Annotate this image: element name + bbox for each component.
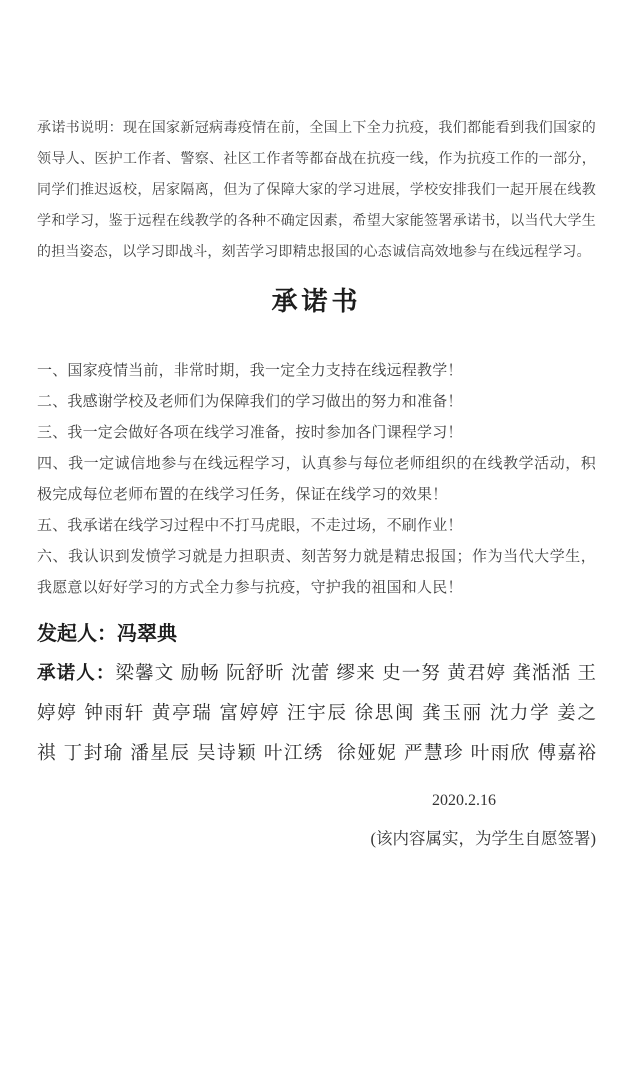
initiator-name: 冯翠典 [117, 623, 177, 645]
promisers-line-2: 婷婷 钟雨轩 黄亭瑞 富婷婷 汪宇辰 徐思闽 龚玉丽 沈力学 姜之 [37, 693, 596, 733]
promisers-line-1: 承诺人：梁馨文 励畅 阮舒昕 沈蕾 缪来 史一努 黄君婷 龚湉湉 王 [37, 653, 596, 693]
promisers-label: 承诺人： [37, 662, 115, 683]
signature-note: (该内容属实，为学生自愿签署) [37, 821, 596, 857]
signature-date: 2020.2.16 [37, 783, 596, 819]
commitment-item-1: 一、国家疫情当前，非常时期，我一定全力支持在线远程教学！ [37, 355, 596, 386]
commitment-item-2: 二、我感谢学校及老师们为保障我们的学习做出的努力和准备！ [37, 386, 596, 417]
promisers-block: 承诺人：梁馨文 励畅 阮舒昕 沈蕾 缪来 史一努 黄君婷 龚湉湉 王 婷婷 钟雨… [37, 653, 596, 773]
promisers-line-3: 祺 丁封瑜 潘星辰 吴诗颖 叶江绣 徐娅妮 严慧珍 叶雨欣 傅嘉裕 [37, 733, 596, 773]
promisers-names-1: 梁馨文 励畅 阮舒昕 沈蕾 缪来 史一努 黄君婷 龚湉湉 王 [115, 662, 596, 683]
commitment-item-3: 三、我一定会做好各项在线学习准备，按时参加各门课程学习！ [37, 417, 596, 448]
intro-paragraph: 承诺书说明：现在国家新冠病毒疫情在前，全国上下全力抗疫，我们都能看到我们国家的领… [37, 112, 596, 267]
initiator-line: 发起人：冯翠典 [37, 615, 596, 653]
promise-letter-document: 承诺书说明：现在国家新冠病毒疫情在前，全国上下全力抗疫，我们都能看到我们国家的领… [0, 0, 632, 1085]
commitment-item-5: 五、我承诺在线学习过程中不打马虎眼，不走过场，不刷作业！ [37, 510, 596, 541]
commitment-item-6: 六、我认识到发愤学习就是力担职责、刻苦努力就是精忠报国；作为当代大学生，我愿意以… [37, 541, 596, 603]
initiator-label: 发起人： [37, 623, 117, 645]
commitment-list: 一、国家疫情当前，非常时期，我一定全力支持在线远程教学！ 二、我感谢学校及老师们… [37, 355, 596, 603]
document-title: 承诺书 [37, 281, 596, 321]
commitment-item-4: 四、我一定诚信地参与在线远程学习，认真参与每位老师组织的在线教学活动，积极完成每… [37, 448, 596, 510]
